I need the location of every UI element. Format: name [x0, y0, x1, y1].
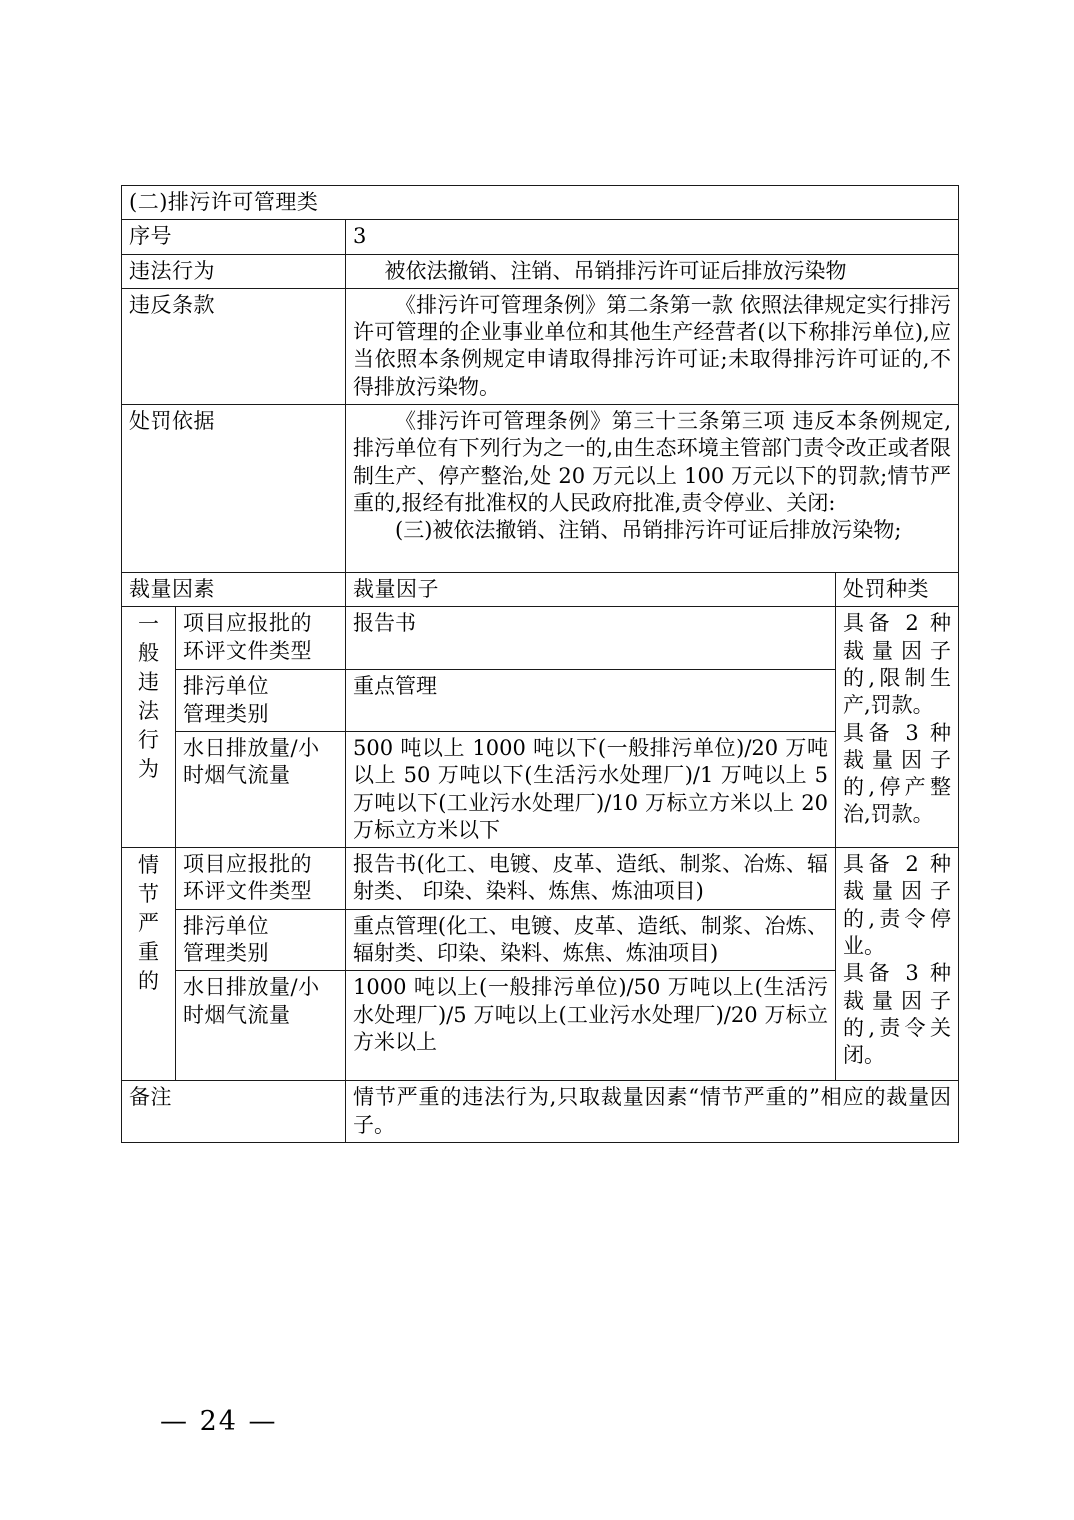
- severe-unit-label-line-2: 管理类别: [183, 940, 338, 967]
- category-general-vertical-text: 一般违法行为: [137, 610, 160, 784]
- serial-number-value: 3: [346, 220, 959, 254]
- penalty-basis-value: 《排污许可管理条例》第三十三条第三项 违反本条例规定,排污单位有下列行为之一的,…: [346, 405, 959, 573]
- violated-clause-value: 《排污许可管理条例》第二条第一款 依照法律规定实行排污许可管理的企业事业单位和其…: [346, 288, 959, 404]
- category-general-violation: 一般违法行为: [122, 607, 176, 848]
- remark-label: 备注: [122, 1081, 346, 1143]
- general-eia-label-line-2: 环评文件类型: [183, 638, 338, 665]
- general-unit-label-line-1: 排污单位: [183, 673, 338, 700]
- general-discharge-label-line-2: 时烟气流量: [183, 762, 338, 789]
- severe-discharge-label-line-1: 水日排放量/小: [183, 974, 338, 1001]
- general-eia-label-line-1: 项目应报批的: [183, 610, 338, 637]
- illegal-act-value: 被依法撤销、注销、吊销排污许可证后排放污染物: [346, 254, 959, 288]
- severe-penalty-paragraph-1: 具备 2 种裁量因子的,责令停业。: [843, 851, 951, 960]
- violated-clause-paragraph: 《排污许可管理条例》第二条第一款 依照法律规定实行排污许可管理的企业事业单位和其…: [353, 292, 951, 401]
- penalty-type-header: 处罚种类: [836, 573, 959, 607]
- general-unit-class-label: 排污单位 管理类别: [176, 670, 346, 732]
- penalty-basis-paragraph-1: 《排污许可管理条例》第三十三条第三项 违反本条例规定,排污单位有下列行为之一的,…: [353, 408, 951, 517]
- general-penalty-paragraph-2: 具备 3 种裁量因子的,停产整治,罚款。: [843, 720, 951, 829]
- discretion-subfactor-header: 裁量因子: [346, 573, 836, 607]
- severe-eia-doc-type-value: 报告书(化工、电镀、皮革、造纸、制浆、冶炼、辐射类、 印染、染料、炼焦、炼油项目…: [346, 848, 836, 910]
- general-eia-doc-type-label: 项目应报批的 环评文件类型: [176, 607, 346, 670]
- severe-eia-doc-type-label: 项目应报批的 环评文件类型: [176, 848, 346, 910]
- general-unit-label-line-2: 管理类别: [183, 701, 338, 728]
- general-unit-class-value: 重点管理: [346, 670, 836, 732]
- regulation-table: (二)排污许可管理类 序号 3 违法行为 被依法撤销、注销、吊销排污许可证后排放…: [121, 185, 959, 1143]
- general-discharge-label-line-1: 水日排放量/小: [183, 735, 338, 762]
- severe-discharge-volume-label: 水日排放量/小 时烟气流量: [176, 971, 346, 1081]
- severe-penalty-type-cell: 具备 2 种裁量因子的,责令停业。 具备 3 种裁量因子的,责令关闭。: [836, 848, 959, 1081]
- general-eia-doc-type-value: 报告书: [346, 607, 836, 670]
- violated-clause-label: 违反条款: [122, 288, 346, 404]
- general-discharge-volume-value: 500 吨以上 1000 吨以下(一般排污单位)/20 万吨以上 50 万吨以下…: [346, 731, 836, 847]
- category-severe-vertical-text: 情节严重的: [137, 851, 160, 996]
- severe-eia-label-line-2: 环评文件类型: [183, 878, 338, 905]
- general-discharge-volume-label: 水日排放量/小 时烟气流量: [176, 731, 346, 847]
- category-severe-violation: 情节严重的: [122, 848, 176, 1081]
- severe-discharge-volume-value: 1000 吨以上(一般排污单位)/50 万吨以上(生活污水处理厂)/5 万吨以上…: [346, 971, 836, 1081]
- severe-unit-label-line-1: 排污单位: [183, 913, 338, 940]
- penalty-basis-label: 处罚依据: [122, 405, 346, 573]
- severe-eia-label-line-1: 项目应报批的: [183, 851, 338, 878]
- severe-unit-class-label: 排污单位 管理类别: [176, 909, 346, 971]
- severe-discharge-label-line-2: 时烟气流量: [183, 1002, 338, 1029]
- document-page: (二)排污许可管理类 序号 3 违法行为 被依法撤销、注销、吊销排污许可证后排放…: [0, 0, 1074, 1520]
- general-penalty-paragraph-1: 具备 2 种裁量因子的,限制生产,罚款。: [843, 610, 951, 719]
- discretion-factor-header: 裁量因素: [122, 573, 346, 607]
- page-number: — 24 —: [160, 1406, 278, 1437]
- severe-penalty-paragraph-2: 具备 3 种裁量因子的,责令关闭。: [843, 960, 951, 1069]
- serial-number-label: 序号: [122, 220, 346, 254]
- illegal-act-label: 违法行为: [122, 254, 346, 288]
- remark-value: 情节严重的违法行为,只取裁量因素“情节严重的”相应的裁量因子。: [346, 1081, 959, 1143]
- severe-unit-class-value: 重点管理(化工、电镀、皮革、造纸、制浆、冶炼、辐射类、印染、染料、炼焦、炼油项目…: [346, 909, 836, 971]
- general-penalty-type-cell: 具备 2 种裁量因子的,限制生产,罚款。 具备 3 种裁量因子的,停产整治,罚款…: [836, 607, 959, 848]
- penalty-basis-paragraph-2: (三)被依法撤销、注销、吊销排污许可证后排放污染物;: [353, 517, 951, 544]
- section-title: (二)排污许可管理类: [122, 186, 959, 220]
